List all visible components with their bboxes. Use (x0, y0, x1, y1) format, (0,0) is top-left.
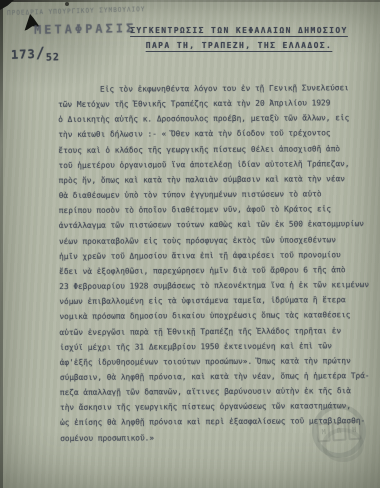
body-line: ἀντάλλαγμα τῶν πιστώσεων τούτων καθὼς κα… (59, 216, 373, 233)
reference-denominator: 52 (46, 52, 60, 63)
title-line-2: ΠΑΡΑ ΤΗ, ΤΡΑΠΕΖΗ, ΤΗΣ ΕΛΛΑΔΟΣ. (146, 41, 333, 50)
body-line: νομικὰ πρόσωπα δημοσίου δικαίου ὑποχρέωσ… (59, 307, 373, 324)
document-page: ΠΡΟΕΔΡΙΑ ΥΠΟΥΡΓΙΚΟΥ ΣΥΜΒΟΥΛΙΟΥ ΜΕΤΑΦΡΑΣΙ… (0, 0, 380, 488)
body-line: ἡμῖν χρεῶν τοῦ Δημοσίου ἅτινα ἐπὶ τῇ ἀφα… (59, 247, 373, 264)
reference-slash: / (35, 44, 46, 62)
title-line-1: ΣΥΓΚΕΝΤΡΩΣΙΣ ΤΩΝ ΚΕΦΑΛΑΙΩΝ ΔΗΜΟΣΙΟΥ (130, 26, 348, 35)
page-edge-top (0, 0, 380, 2)
archive-watermark-ring (322, 428, 364, 462)
page-edge-left (0, 0, 3, 488)
body-line: ἰσχύϊ μέχρι τῆς 31 Δεκεμβρίου 1950 ἐκτει… (60, 338, 374, 355)
stamp-office-line: ΠΡΟΕΔΡΙΑ ΥΠΟΥΡΓΙΚΟΥ ΣΥΜΒΟΥΛΙΟΥ (7, 5, 145, 17)
body-line: αὑτῶν ἐνεργῶσι παρὰ τῇ Ἐθνικῇ Τραπέζῃ τῆ… (59, 323, 373, 340)
body-line: νέων προκαταβολῶν εἰς τοὺς πρόσφυγας ἐκτ… (59, 232, 373, 249)
document-title: ΣΥΓΚΕΝΤΡΩΣΙΣ ΤΩΝ ΚΕΦΑΛΑΙΩΝ ΔΗΜΟΣΙΟΥ ΠΑΡΑ… (112, 23, 366, 53)
body-text: Εἰς τὸν ἐκφωνηθέντα λόγον του ἐν τῇ Γενι… (58, 80, 374, 446)
reference-number: 173/52 (11, 43, 60, 65)
body-line: τὴν κάτωθι δήλωσιν :- « Ὅθεν κατὰ τὴν δί… (58, 126, 372, 143)
body-line: πρὸς ἥν, ὅπως καὶ κατὰ τὴν παλαιὰν σύμβα… (59, 171, 373, 188)
ink-dot (65, 2, 69, 6)
reference-numerator: 173 (11, 47, 36, 62)
body-line: ἔτους καὶ ὁ κλάδος τῆς γεωργικῆς πίστεως… (58, 141, 372, 158)
